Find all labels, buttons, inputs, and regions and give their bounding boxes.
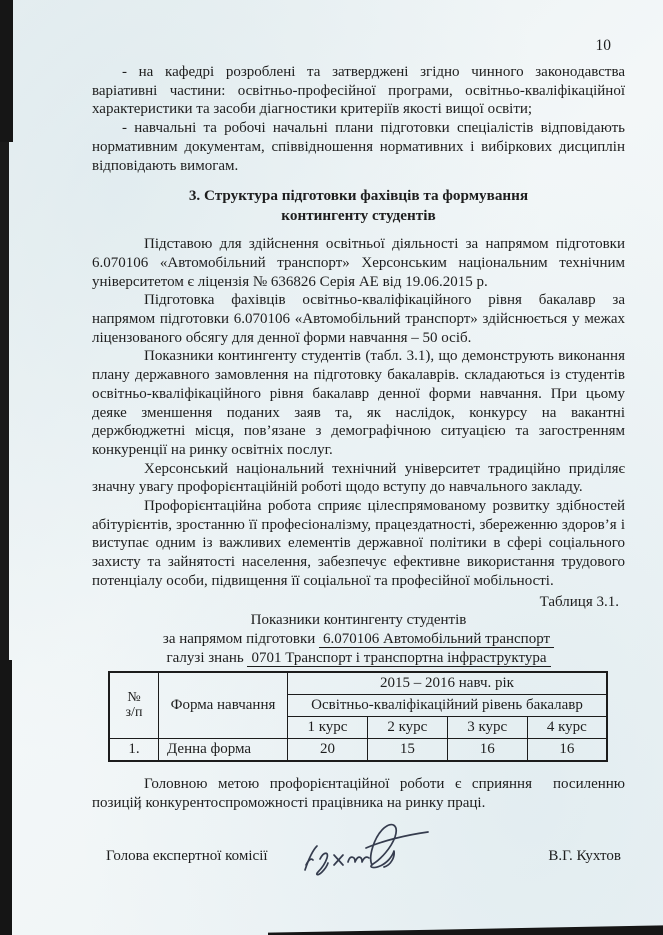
paragraph-university-attention: Херсонський національний технічний уніве… xyxy=(92,460,625,497)
table-row-year-header: № з/п Форма навчання 2015 – 2016 навч. р… xyxy=(109,672,607,695)
table-header-number-cell: № з/п xyxy=(109,672,159,739)
table-header-course-4: 4 курс xyxy=(527,717,607,739)
paragraph-contingent-indicators: Показники контингенту студентів (табл. 3… xyxy=(92,347,625,459)
table-title-line3-prefix: галузі знань xyxy=(166,650,243,666)
table-cell-course2-value: 15 xyxy=(367,739,447,762)
table-header-level-cell: Освітньо-кваліфікаційний рівень бакалавр xyxy=(288,695,608,717)
contingent-table: № з/п Форма навчання 2015 – 2016 навч. р… xyxy=(108,671,608,762)
paragraph-career-guidance: Профорієнтаційна робота сприяє цілеспрям… xyxy=(92,497,625,591)
table-title-line2-prefix: за напрямом підготовки xyxy=(163,631,315,647)
table-row-data: 1. Денна форма 20 15 16 16 xyxy=(109,739,607,762)
stray-ink-mark: , xyxy=(138,797,142,813)
scan-edge-bar-left-bottom xyxy=(0,660,12,935)
table-header-number-line1: № xyxy=(113,691,155,706)
table-header-form-cell: Форма навчання xyxy=(159,672,288,739)
table-cell-form: Денна форма xyxy=(159,739,288,762)
signatory-name: В.Г. Кухтов xyxy=(548,847,621,866)
table-cell-row-number: 1. xyxy=(109,739,159,762)
table-header-course-2: 2 курс xyxy=(367,717,447,739)
table-header-number-line2: з/п xyxy=(113,706,155,721)
scanned-document-page: { "page": { "number": "10" }, "colors": … xyxy=(0,0,663,935)
page-number: 10 xyxy=(92,36,625,55)
document-body: 10 - на кафедрі розроблені та затверджен… xyxy=(92,0,625,866)
table-cell-course4-value: 16 xyxy=(527,739,607,762)
scan-edge-bar-left-top xyxy=(0,0,13,142)
table-header-course-1: 1 курс xyxy=(288,717,368,739)
table-caption: Таблиця 3.1. xyxy=(92,593,625,612)
scan-edge-strip-bottom xyxy=(268,924,663,935)
paragraph-license: Підставою для здійснення освітньої діяль… xyxy=(92,235,625,291)
table-header-course-3: 3 курс xyxy=(447,717,527,739)
paragraph-main-goal: Головною метою профорієнтаційної роботи … xyxy=(92,775,625,812)
paragraph-bachelor-training: Підготовка фахівців освітньо-кваліфікаці… xyxy=(92,291,625,347)
table-title-line3: галузі знань 0701 Транспорт і транспортн… xyxy=(92,649,625,668)
section-heading-line2: контингенту студентів xyxy=(92,206,625,226)
paragraph-variative-parts: - на кафедрі розроблені та затверджені з… xyxy=(92,63,625,119)
table-title-line3-underlined: 0701 Транспорт і транспортна інфраструкт… xyxy=(247,650,550,667)
paragraph-curricula-plans: - навчальні та робочі начальні плани під… xyxy=(92,119,625,175)
table-cell-course1-value: 20 xyxy=(288,739,368,762)
table-title-line2-underlined: 6.070106 Автомобільний транспорт xyxy=(319,631,554,648)
table-cell-course3-value: 16 xyxy=(447,739,527,762)
handwritten-signature-icon xyxy=(298,815,438,883)
table-title-line2: за напрямом підготовки 6.070106 Автомобі… xyxy=(92,630,625,649)
signatory-role: Голова експертної комісії xyxy=(106,847,268,866)
table-title-line1: Показники контингенту студентів xyxy=(92,611,625,630)
table-header-year-cell: 2015 – 2016 навч. рік xyxy=(288,672,608,695)
section-heading-line1: 3. Структура підготовки фахівців та форм… xyxy=(92,186,625,206)
section-heading: 3. Структура підготовки фахівців та форм… xyxy=(92,186,625,225)
